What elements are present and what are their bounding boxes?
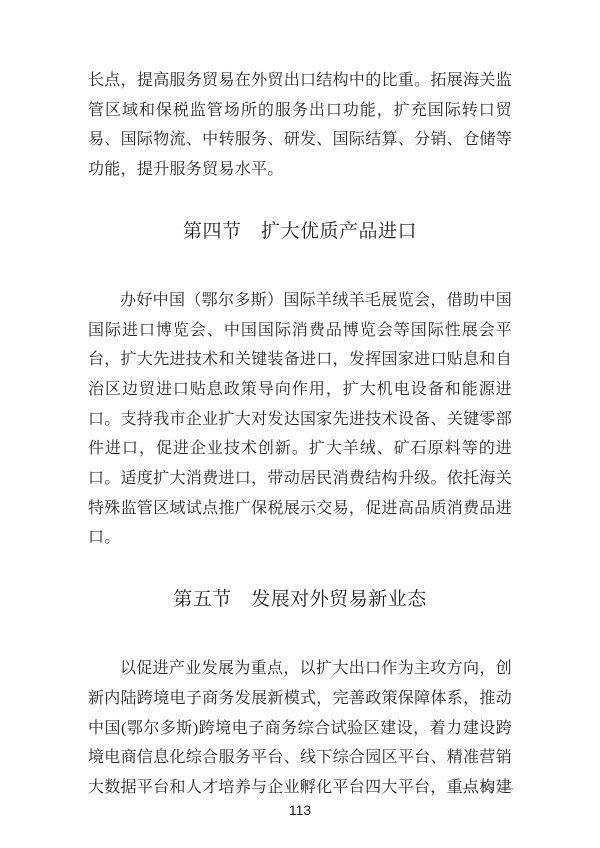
section-heading-4: 第四节 扩大优质产品进口: [88, 217, 512, 247]
scan-page-number: 113: [0, 801, 600, 819]
body-paragraph-ecommerce: 以促进产业发展为重点，以扩大出口作为主攻方向，创新内陆跨境电子商务发展新模式，完…: [88, 654, 512, 803]
document-body: 长点，提高服务贸易在外贸出口结构中的比重。拓展海关监管区域和保税监管场所的服务出…: [88, 66, 512, 803]
folio-number: — 35 —: [463, 780, 515, 796]
document-page: 长点，提高服务贸易在外贸出口结构中的比重。拓展海关监管区域和保税监管场所的服务出…: [0, 0, 600, 848]
body-paragraph-continued: 长点，提高服务贸易在外贸出口结构中的比重。拓展海关监管区域和保税监管场所的服务出…: [88, 66, 512, 185]
body-paragraph-imports: 办好中国（鄂尔多斯）国际羊绒羊毛展览会，借助中国国际进口博览会、中国国际消费品博…: [88, 286, 512, 553]
section-heading-5: 第五节 发展对外贸易新业态: [88, 585, 512, 615]
